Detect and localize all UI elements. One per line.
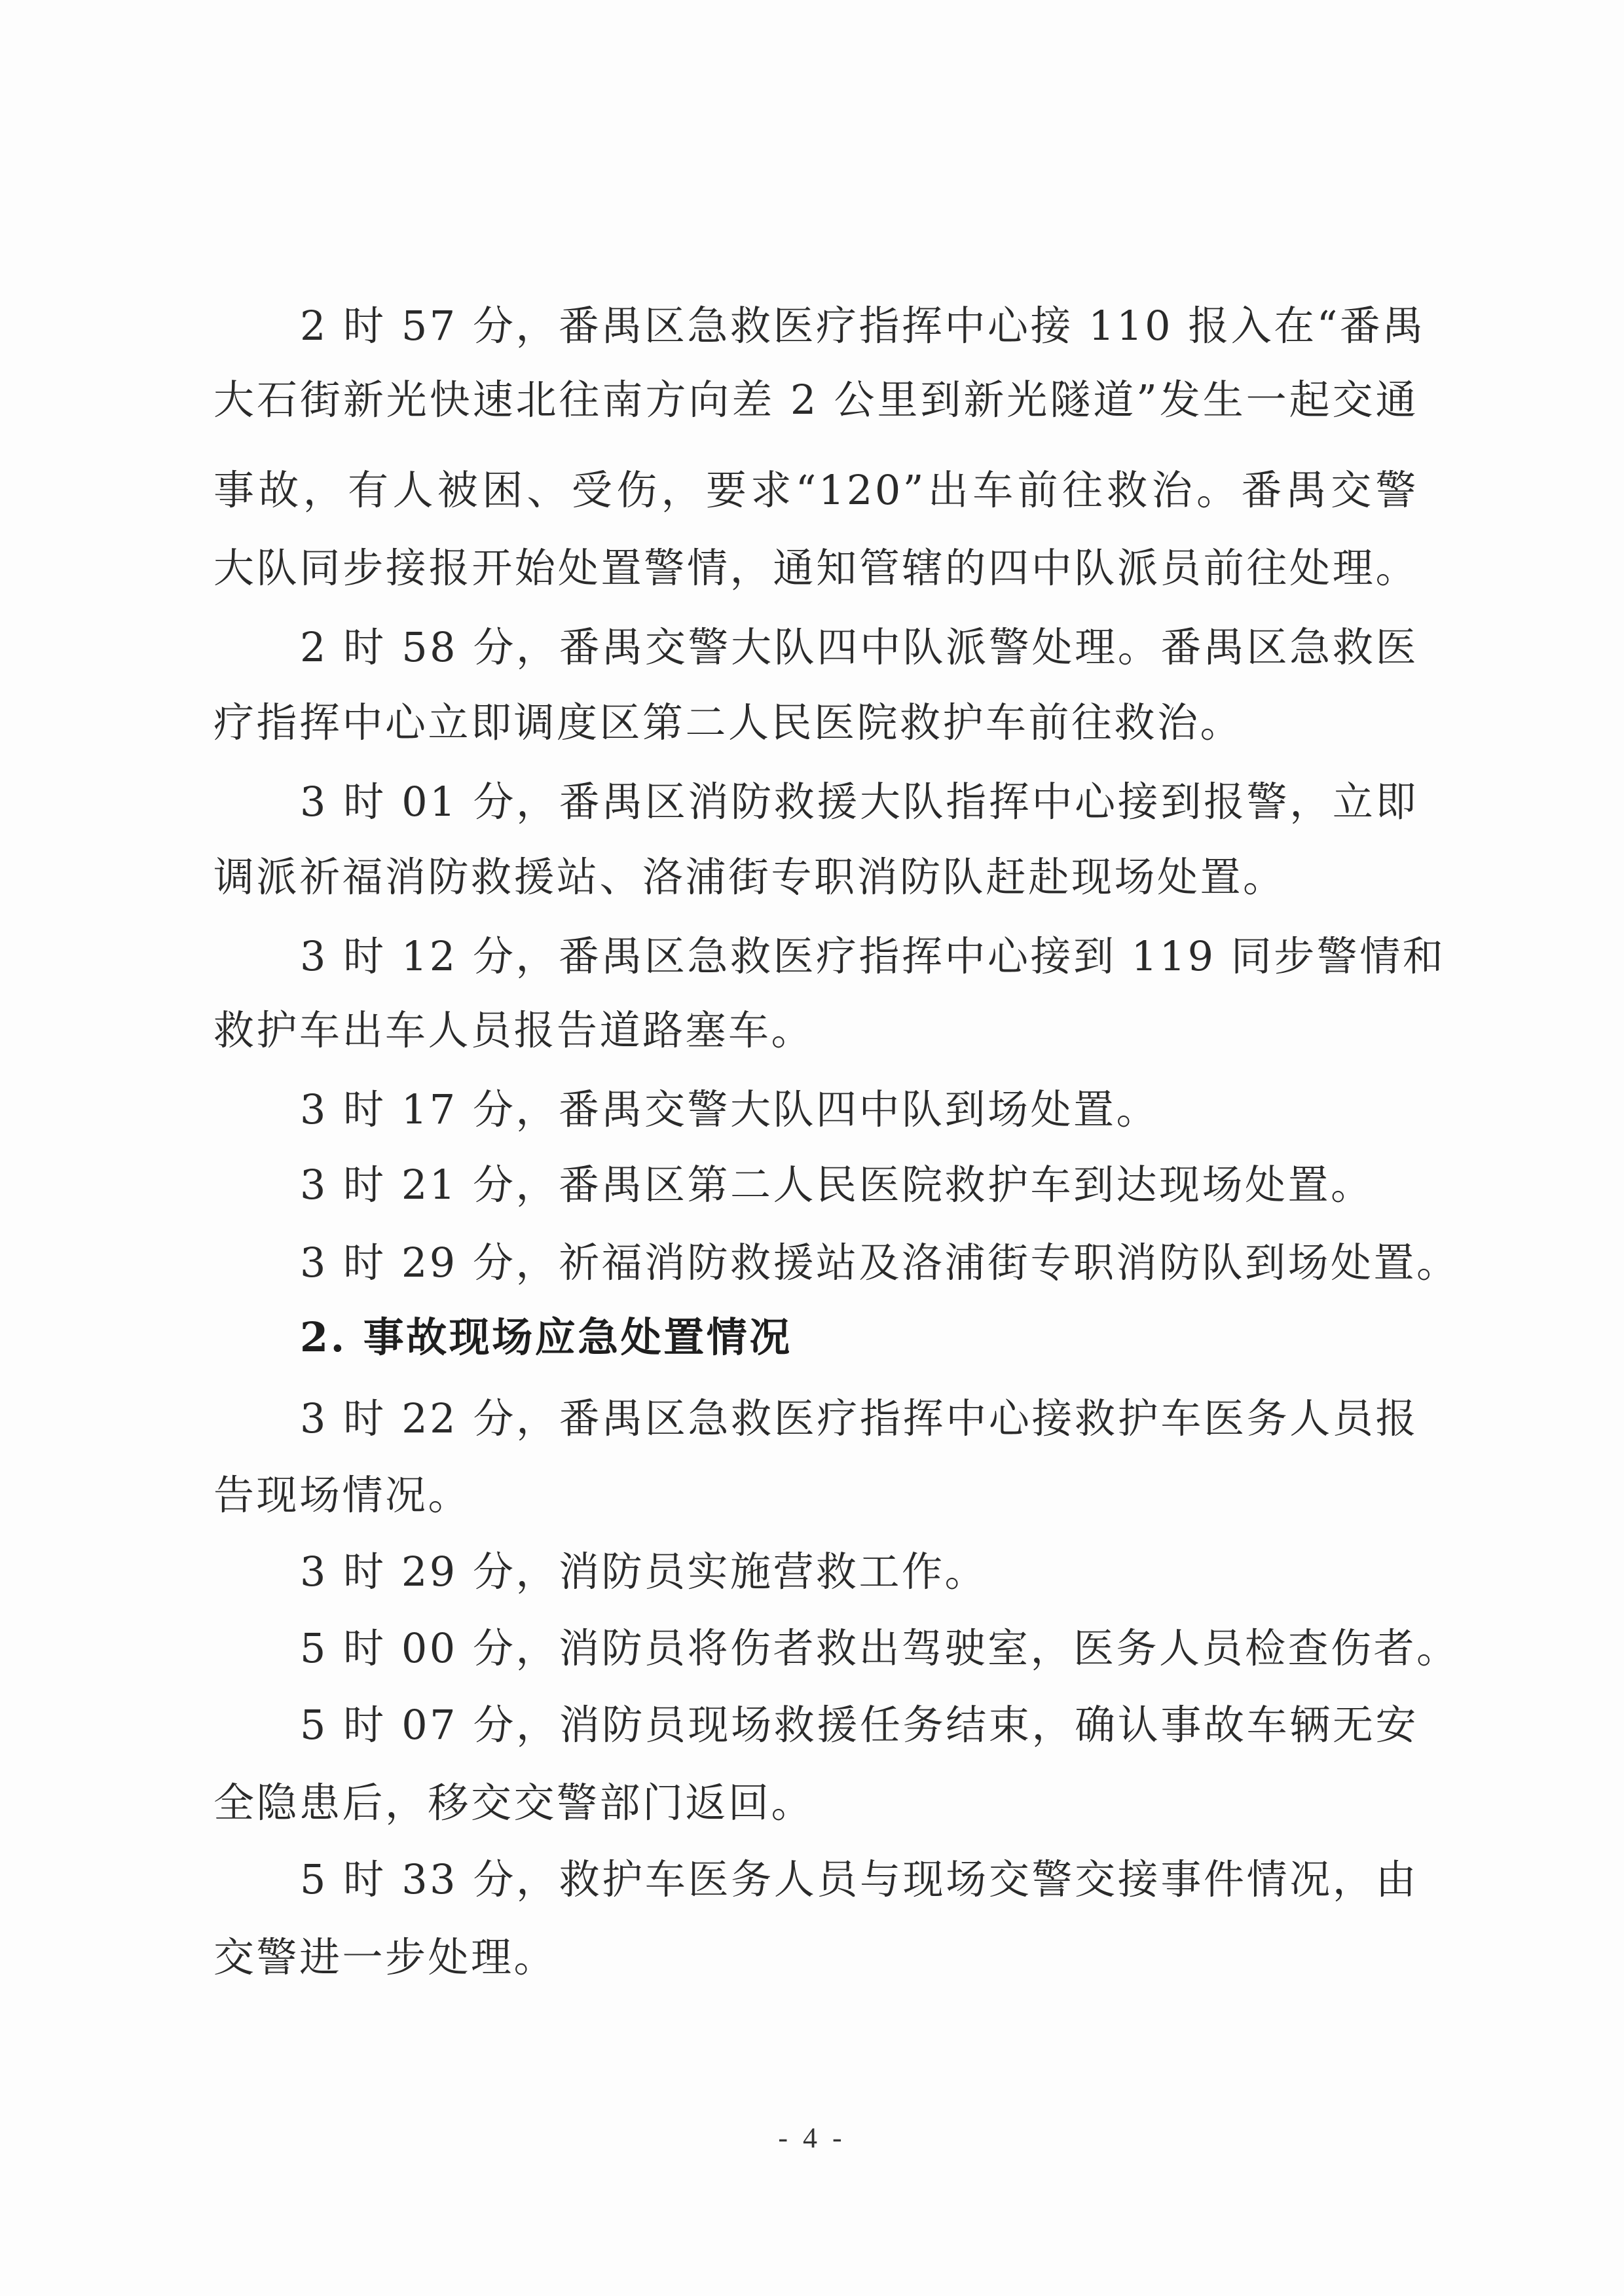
paragraph-line: 3 时 01 分，番禺区消防救援大队指挥中心接到报警，立即 (300, 776, 1418, 828)
paragraph-line: 全隐患后，移交交警部门返回。 (213, 1777, 1418, 1829)
document-page: 2 时 57 分，番禺区急救医疗指挥中心接 110 报入在“番禺 大石街新光快速… (0, 0, 1624, 2296)
paragraph-line: 3 时 12 分，番禺区急救医疗指挥中心接到 119 同步警情和 (300, 930, 1418, 983)
paragraph-line: 调派祈福消防救援站、洛浦街专职消防队赶赴现场处置。 (213, 851, 1418, 903)
paragraph-line: 2 时 57 分，番禺区急救医疗指挥中心接 110 报入在“番禺 (300, 300, 1418, 352)
paragraph-line: 事故，有人被困、受伤，要求“120”出车前往救治。番禺交警 (213, 464, 1418, 517)
paragraph-line: 5 时 00 分，消防员将伤者救出驾驶室，医务人员检查伤者。 (300, 1622, 1418, 1675)
paragraph-line: 2 时 58 分，番禺交警大队四中队派警处理。番禺区急救医 (300, 621, 1418, 674)
paragraph-line: 交警进一步处理。 (213, 1931, 1418, 1984)
paragraph-line: 5 时 33 分，救护车医务人员与现场交警交接事件情况，由 (300, 1853, 1418, 1906)
paragraph-line: 3 时 22 分，番禺区急救医疗指挥中心接救护车医务人员报 (300, 1393, 1418, 1445)
paragraph-line: 告现场情况。 (213, 1469, 1418, 1522)
page-number: - 4 - (747, 2121, 877, 2155)
paragraph-line: 3 时 21 分，番禺区第二人民医院救护车到达现场处置。 (300, 1159, 1418, 1211)
paragraph-line: 3 时 29 分，祈福消防救援站及洛浦街专职消防队到场处置。 (300, 1237, 1418, 1289)
section-heading: 2. 事故现场应急处置情况 (300, 1311, 1418, 1364)
paragraph-line: 救护车出车人员报告道路塞车。 (213, 1004, 1418, 1057)
paragraph-line: 3 时 17 分，番禺交警大队四中队到场处置。 (300, 1084, 1418, 1136)
paragraph-line: 大队同步接报开始处置警情，通知管辖的四中队派员前往处理。 (213, 542, 1418, 594)
paragraph-line: 大石街新光快速北往南方向差 2 公里到新光隧道”发生一起交通 (213, 374, 1418, 426)
paragraph-line: 5 时 07 分，消防员现场救援任务结束，确认事故车辆无安 (300, 1699, 1418, 1751)
paragraph-line: 疗指挥中心立即调度区第二人民医院救护车前往救治。 (213, 697, 1418, 749)
paragraph-line: 3 时 29 分，消防员实施营救工作。 (300, 1546, 1418, 1598)
